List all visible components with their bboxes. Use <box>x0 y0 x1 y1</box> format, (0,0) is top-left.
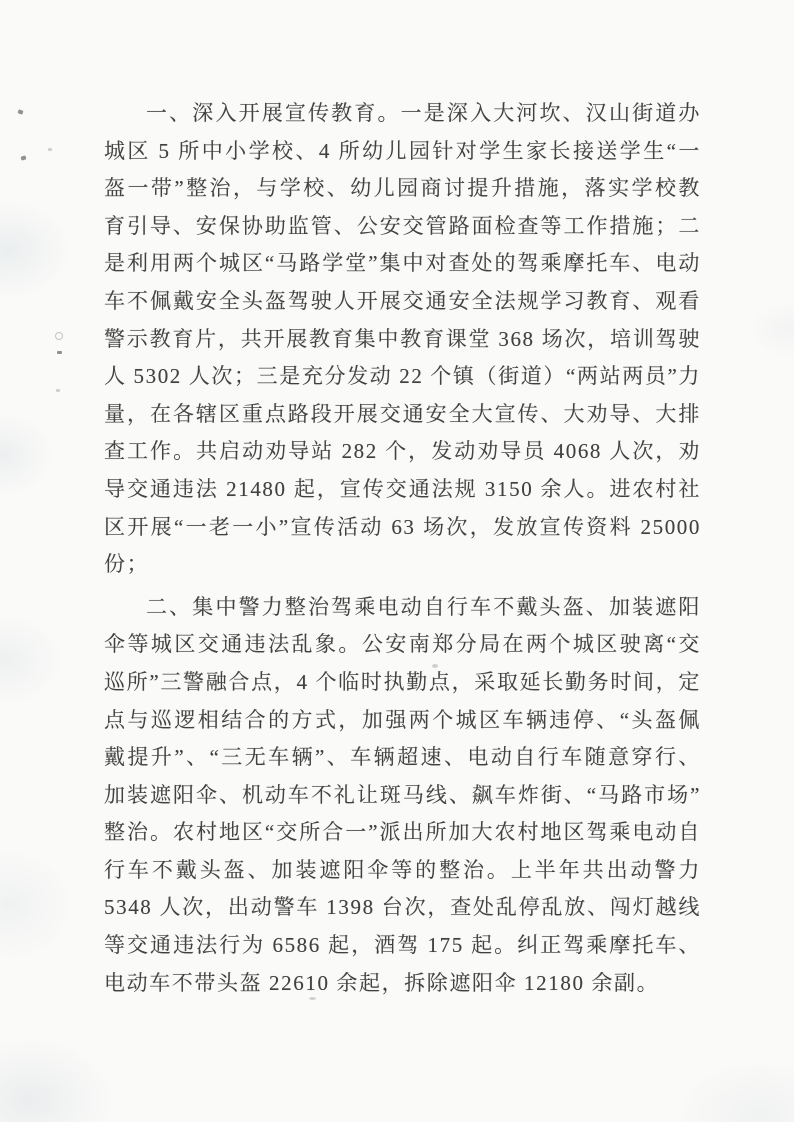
paragraph-section-2: 二、集中警力整治驾乘电动自行车不戴头盔、加装遮阳伞等城区交通违法乱象。公安南郑分… <box>104 589 701 1003</box>
scan-speck <box>48 148 52 151</box>
document-page: 一、深入开展宣传教育。一是深入大河坎、汉山街道办城区 5 所中小学校、4 所幼儿… <box>0 0 794 1122</box>
scan-speck <box>57 351 62 354</box>
scan-speck <box>17 109 23 114</box>
paragraph-section-1: 一、深入开展宣传教育。一是深入大河坎、汉山街道办城区 5 所中小学校、4 所幼儿… <box>104 95 701 584</box>
scan-speck <box>432 664 438 668</box>
document-body: 一、深入开展宣传教育。一是深入大河坎、汉山街道办城区 5 所中小学校、4 所幼儿… <box>104 95 701 1002</box>
scan-speck <box>309 997 316 1000</box>
scan-speck <box>55 332 63 340</box>
scan-speck <box>21 155 27 160</box>
scan-speck <box>56 389 60 392</box>
